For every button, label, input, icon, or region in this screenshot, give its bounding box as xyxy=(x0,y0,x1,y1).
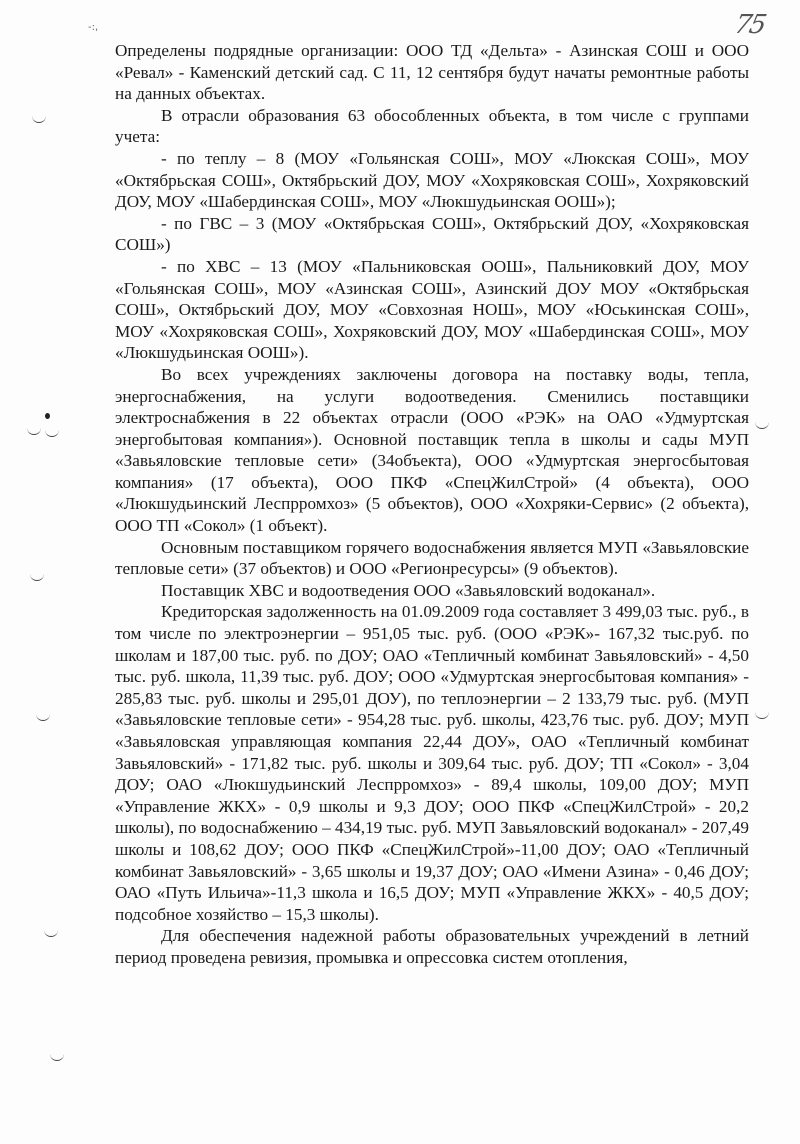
margin-arc-mark xyxy=(32,112,46,123)
margin-dot-mark xyxy=(45,413,50,419)
handwritten-page-number: 75 xyxy=(732,10,767,40)
margin-arc-mark xyxy=(30,570,44,581)
margin-arc-mark xyxy=(755,708,769,719)
paragraph-contracts: Во всех учреждениях заключены договора н… xyxy=(115,364,749,537)
paragraph-summer-maintenance: Для обеспечения надежной работы образова… xyxy=(115,925,749,968)
paragraph-cold-water-supplier: Поставщик ХВС и водоотведения ООО «Завья… xyxy=(115,580,749,602)
margin-arc-mark xyxy=(45,426,59,437)
list-item-cold-water: - по ХВС – 13 (МОУ «Пальниковская ООШ», … xyxy=(115,256,749,364)
margin-arc-mark xyxy=(44,926,58,937)
list-item-heat: - по теплу – 8 (МОУ «Гольянская СОШ», МО… xyxy=(115,148,749,213)
margin-speck-mark: -:, xyxy=(88,22,98,33)
list-item-hot-water: - по ГВС – 3 (МОУ «Октябрьская СОШ», Окт… xyxy=(115,213,749,256)
paragraph-hot-water-supplier: Основным поставщиком горячего водоснабже… xyxy=(115,537,749,580)
margin-arc-mark xyxy=(27,424,41,435)
paragraph-contractors: Определены подрядные организации: ООО ТД… xyxy=(115,40,749,105)
margin-arc-mark xyxy=(755,418,769,429)
document-body: Определены подрядные организации: ООО ТД… xyxy=(115,40,749,969)
margin-arc-mark xyxy=(36,710,50,721)
margin-arc-mark xyxy=(50,1050,64,1061)
paragraph-education-objects: В отрасли образования 63 обособленных об… xyxy=(115,105,749,148)
document-page: 75 -:, Определены подрядные организации:… xyxy=(0,0,800,1144)
paragraph-debt: Кредиторская задолженность на 01.09.2009… xyxy=(115,601,749,925)
